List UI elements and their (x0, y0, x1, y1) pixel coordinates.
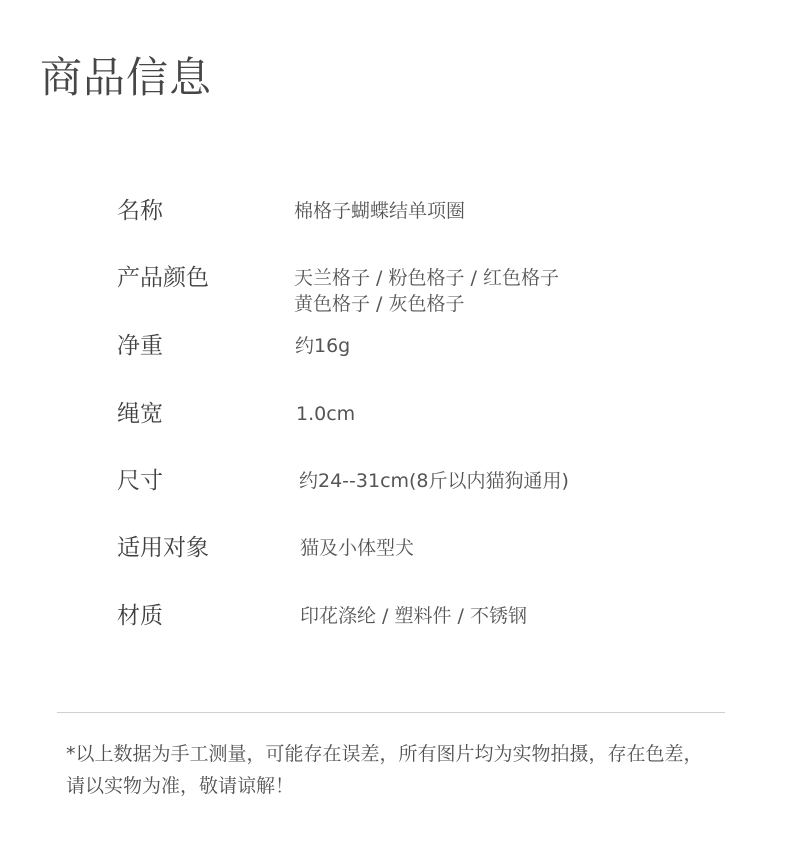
spec-label: 绳宽 (117, 399, 163, 429)
spec-value: 约24--31cm(8斤以内猫狗通用) (299, 468, 569, 494)
spec-value: 黄色格子 / 灰色格子 (294, 291, 464, 317)
spec-label: 净重 (117, 331, 163, 361)
spec-value: 棉格子蝴蝶结单项圈 (294, 198, 465, 224)
spec-label: 产品颜色 (117, 263, 209, 293)
spec-value: 1.0cm (296, 401, 355, 427)
footnote-line: 请以实物为准，敬请谅解！ (66, 770, 746, 802)
footnote-line: *以上数据为手工测量，可能存在误差，所有图片均为实物拍摄，存在色差， (66, 738, 746, 770)
spec-label: 适用对象 (117, 533, 209, 563)
spec-value: 猫及小体型犬 (300, 535, 414, 561)
divider (57, 712, 725, 713)
spec-value: 天兰格子 / 粉色格子 / 红色格子 (294, 265, 559, 291)
page-title: 商品信息 (40, 52, 212, 104)
footnote: *以上数据为手工测量，可能存在误差，所有图片均为实物拍摄，存在色差， 请以实物为… (66, 738, 746, 802)
spec-label: 尺寸 (117, 466, 163, 496)
spec-value: 印花涤纶 / 塑料件 / 不锈钢 (300, 603, 527, 629)
spec-label: 材质 (117, 601, 163, 631)
spec-label: 名称 (117, 196, 163, 226)
spec-value: 约16g (295, 333, 350, 359)
